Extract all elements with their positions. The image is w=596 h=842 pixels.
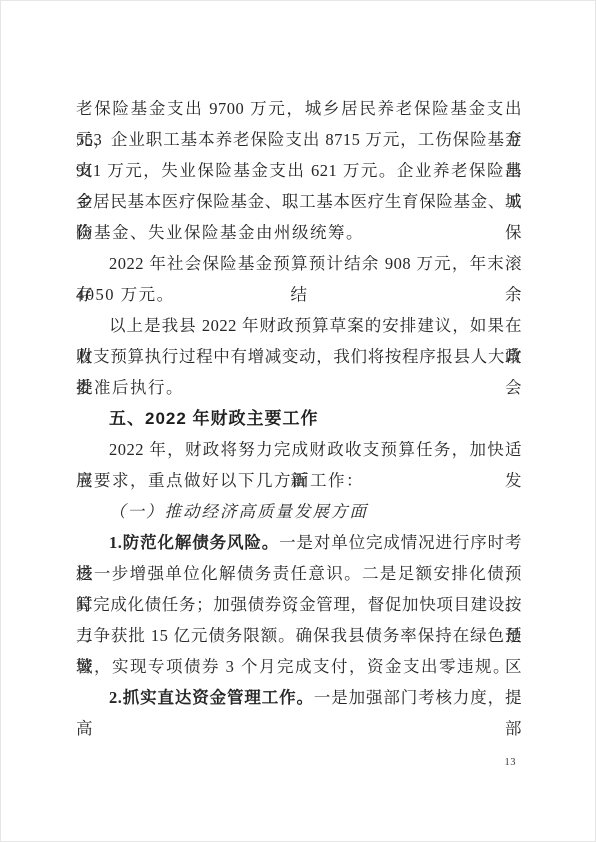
paragraph-line: 域，实现专项债券 3 个月完成支付，资金支出零违规。 xyxy=(76,651,522,682)
paragraph-line: 收支预算执行过程中有增减变动，我们将按程序报县人大常委会 xyxy=(76,341,522,372)
paragraph-line: 时完成化债任务；加强债券资金管理，督促加快项目建设。三是 xyxy=(76,589,522,620)
numbered-point-title: 2.抓实直达资金管理工作。 xyxy=(109,688,314,707)
numbered-point-title: 1.防范化解债务风险。 xyxy=(109,533,279,552)
paragraph-line: 老保险基金支出 9700 万元，城乡居民养老保险基金支出 553 万 xyxy=(76,93,522,124)
page-number: 13 xyxy=(505,757,517,768)
paragraph-line: 911 万元，失业保险基金支出 621 万元。企业养老保险基金、城 xyxy=(76,155,522,186)
paragraph-line: 2022 年，财政将努力完成财政收支预算任务，加快适应新发 xyxy=(76,434,522,465)
paragraph-line: 2022 年社会保险基金预算预计结余 908 万元，年末滚存结余 xyxy=(76,248,522,279)
paragraph-line: 力争获批 15 亿元债务限额。确保我县债务率保持在绿色预警区 xyxy=(76,620,522,651)
section-heading: 五、2022 年财政主要工作 xyxy=(76,403,522,434)
paragraph-line: 元，企业职工基本养老保险支出 8715 万元，工伤保险基金支出 xyxy=(76,124,522,155)
paragraph-line: 乡居民基本医疗保险基金、职工基本医疗生育保险基金、工伤保 xyxy=(76,186,522,217)
paragraph-line: 以上是我县 2022 年财政预算草案的安排建议，如果在财政 xyxy=(76,310,522,341)
paragraph-line: 进一步增强单位化解债务责任意识。二是足额安排化债预算，按 xyxy=(76,558,522,589)
subsection-heading: （一）推动经济高质量发展方面 xyxy=(76,496,522,527)
document-body: 老保险基金支出 9700 万元，城乡居民养老保险基金支出 553 万 元，企业职… xyxy=(76,93,522,713)
paragraph-line: 1.防范化解债务风险。一是对单位完成情况进行序时考核， xyxy=(76,527,522,558)
paragraph-line: 2.抓实直达资金管理工作。一是加强部门考核力度，提高部 xyxy=(76,682,522,713)
document-page: 老保险基金支出 9700 万元，城乡居民养老保险基金支出 553 万 元，企业职… xyxy=(0,0,596,842)
